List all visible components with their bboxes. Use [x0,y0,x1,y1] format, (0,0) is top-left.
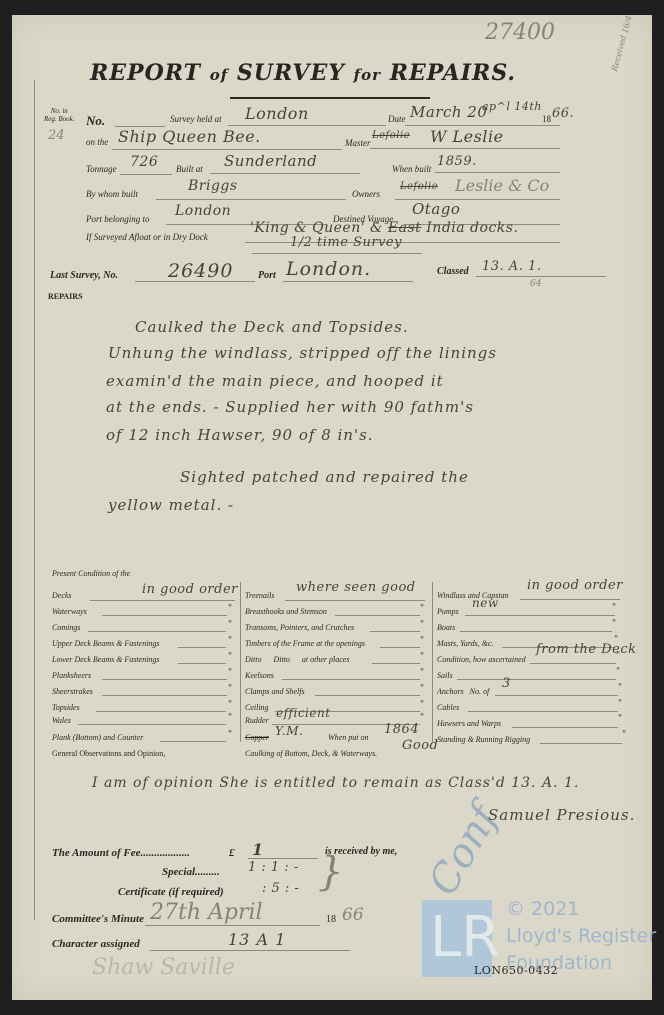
caulking-value: Good [402,738,438,753]
caulking-label: Caulking of Bottom, Deck, & Waterways. [245,749,377,758]
cond-cables-value: " [618,699,622,709]
repairs-line-7: yellow metal. - [108,496,234,514]
cond-copper-label: Copper [245,733,269,742]
cond-lower-deck-line [178,663,226,664]
cond-rudder-value: efficient [276,706,331,720]
no-label: No. [86,113,105,129]
cond-upper-deck-line [178,647,226,648]
fee-currency: £ [229,847,235,859]
col-divider-1 [240,582,241,742]
cond-decks-line [90,600,235,601]
builder-value: Briggs [188,178,238,194]
owners-struck: Lefolie [400,181,438,192]
special-dots: ......... [195,866,220,878]
cond-timbers-other-label: Ditto Ditto at other places [245,655,349,664]
character-line [150,950,350,951]
surveyor-signature: Samuel Presious. [488,806,635,824]
classed-value: 13. A. 1. [482,259,541,274]
cond-boats-line [460,631,612,632]
committee-year: 66 [342,905,364,925]
cond-copper-when-value: 1864 [384,722,419,737]
cond-upper-deck-value: " [228,636,232,646]
cond-anchors-end: " [618,683,622,693]
survey-held-value: London [245,104,309,123]
cond-waterways-label: Waterways [52,607,87,616]
last-survey-value: 26490 [168,260,233,282]
cond-ascertained-label: Condition, how ascertained [437,655,526,664]
cond-transoms-line [370,631,420,632]
repairs-line-1: Caulked the Deck and Topsides. [135,318,409,336]
cond-copper-when-label: When put on [328,733,368,742]
cond-copper-value: Y.M. [275,724,303,738]
cond-wales-label: Wales [52,716,71,725]
cond-keelsons-value: " [420,668,424,678]
builder-label: By whom built [86,189,138,199]
cond-lower-deck-label: Lower Deck Beams & Fastenings [52,655,160,664]
cond-breasthooks-value: " [420,604,424,614]
master-label: Master [345,138,371,148]
cond-timbers-openings-value: " [420,636,424,646]
fee-brace: } [318,852,343,892]
cond-clamps-value: " [420,684,424,694]
cond-ceiling-value: " [420,700,424,710]
last-survey-line [135,281,255,282]
classed-label: Classed [437,266,469,277]
date-label: Date [388,114,406,124]
watermark-org-line-1: Lloyd's Register [506,925,656,947]
cond-clamps-label: Clamps and Shelfs [245,687,305,696]
last-survey-label: Last Survey, No. [50,270,118,281]
repairs-line-4: at the ends. - Supplied her with 90 fath… [106,398,474,416]
port-label: Port belonging to [86,214,150,224]
fee-dots: .................. [141,847,191,859]
owners-value: Leslie & Co [455,176,549,195]
tonnage-value: 726 [130,154,158,170]
cond-comings-label: Comings [52,623,80,632]
master-struck: Lefolie [372,130,410,141]
ship-line [112,149,342,150]
cond-topsides-label: Topsides [52,703,80,712]
repairs-line-6: Sighted patched and repaired the [180,468,469,486]
last-port-label: Port [258,270,276,281]
lr-logo-icon: LR [430,906,500,970]
committee-year-prefix: 18 [326,914,336,925]
cond-treenails-label: Treenails [245,591,274,600]
tonnage-label: Tonnage [86,164,117,174]
cond-ascertained-value: from the Deck [536,642,637,657]
cond-boats-label: Boats [437,623,455,632]
certificate-value: : 5 : - [262,881,299,896]
cond-windlass-value: in good order [527,578,623,593]
cond-ceiling-label: Ceiling [245,703,269,712]
cond-rigging-label: Standing & Running Rigging [437,735,530,744]
cond-keelsons-line [282,679,420,680]
dock-label: If Surveyed Afloat or in Dry Dock [86,232,208,242]
fee-line [248,858,318,859]
cond-keelsons-label: Keelsons [245,671,274,680]
cond-cables-line [468,711,618,712]
cond-lower-deck-value: " [228,652,232,662]
cond-rigging-value: " [622,730,626,740]
cond-transoms-value: " [420,620,424,630]
cond-decks-label: Decks [52,591,72,600]
cond-hawsers-value: " [618,714,622,724]
committee-label: Committee's Minute [52,913,144,925]
cond-timbers-other-line [372,663,420,664]
cond-waterways-value: " [228,604,232,614]
cond-sails-value: " [616,667,620,677]
cond-sheerstrakes-line [102,695,227,696]
certificate-label: Certificate (if required) [118,886,224,898]
cond-sails-label: Sails [437,671,453,680]
cond-wales-value: " [228,713,232,723]
built-at-value: Sunderland [224,152,317,170]
opinion-text: I am of opinion She is entitled to remai… [92,775,579,791]
repairs-line-2: Unhung the windlass, stripped off the li… [108,344,497,362]
cond-treenails-value: where seen good [296,580,416,595]
cond-hawsers-label: Hawsers and Warps [437,719,501,728]
voyage-value: Otago [412,200,460,218]
committee-line [145,925,320,926]
cond-hawsers-line [512,727,618,728]
cond-sheerstrakes-label: Sheerstrakes [52,687,93,696]
cond-rigging-line [540,743,622,744]
cond-decks-value: in good order [142,582,238,597]
cond-sails-line [457,679,616,680]
cond-breasthooks-line [335,615,420,616]
fee-label: The Amount of Fee.................. [52,847,190,859]
cond-anchors-line [495,695,618,696]
special-label: Special......... [162,866,220,878]
cond-timbers-other-value: " [420,652,424,662]
repairs-line-3: examin'd the main piece, and hooped it [106,372,444,390]
repairs-line-5: of 12 inch Hawser, 90 of 8 in's. [106,426,374,444]
cond-breasthooks-label: Breasthooks and Stemson [245,607,327,616]
half-time-survey: 1/2 time Survey [290,235,402,250]
cond-topsides-line [96,711,226,712]
reg-book-label: No. in Reg. Book. [44,107,75,123]
page-title: REPORT of SURVEY for REPAIRS. [90,60,516,86]
cond-planksheers-line [102,679,227,680]
left-margin-rule [34,80,35,920]
cond-transoms-label: Transoms, Pointers, and Crutches [245,623,354,632]
cond-cables-label: Cables [437,703,459,712]
repairs-label: REPAIRS [48,292,83,301]
character-label: Character assigned [52,938,140,950]
classed-line [476,276,606,277]
survey-held-label: Survey held at [170,114,221,124]
cond-rudder-end: " [420,713,424,723]
cond-pumps-line [465,615,615,616]
watermark-copyright: © 2021 [506,898,579,920]
cond-comings-value: " [228,620,232,630]
character-value: 13 A 1 [228,930,286,949]
cond-anchors-value: 3 [502,676,511,691]
cond-pumps-end: " [612,603,616,613]
classed-sub: 64 [530,279,541,289]
builder-line [156,199,346,200]
last-port-line [283,281,413,282]
dock-value: 'King & Queen' & East India docks. [250,220,518,236]
cond-comings-line [88,631,226,632]
when-built-value: 1859. [437,154,477,169]
cond-plank-label: Plank (Bottom) and Counter [52,733,143,742]
committee-value: 27th April [150,900,263,925]
date-year-value: 66. [552,106,574,121]
built-at-label: Built at [176,164,203,174]
tonnage-line [120,174,172,175]
catalog-number: LON650-0432 [474,964,558,977]
when-built-line [435,172,560,173]
owners-label: Owners [352,189,380,199]
half-time-line [252,253,422,254]
cond-boats-value: " [612,619,616,629]
survey-held-line [228,125,386,126]
date-year-prefix: 18 [542,114,551,124]
master-value: W Leslie [430,127,504,146]
last-port-value: London. [286,258,371,280]
date-april: ap^l 14th [482,100,542,113]
cond-timbers-openings-line [380,647,420,648]
date-value: March 20 [410,103,487,121]
cond-ascertained-end: " [616,651,620,661]
port-value: London [175,203,231,219]
cond-pumps-label: Pumps [437,607,459,616]
special-value: 1 : 1 : - [248,860,299,875]
pencil-signature: Shaw Saville [92,955,235,980]
cond-anchors-label: Anchors No. of [437,687,489,696]
cond-plank-value: " [228,730,232,740]
cond-treenails-line [285,600,425,601]
cond-waterways-line [102,615,227,616]
cond-pumps-value: new [472,596,499,610]
cond-planksheers-label: Planksheers [52,671,91,680]
condition-header: Present Condition of the [52,569,130,578]
cond-plank-line [160,741,226,742]
cond-masts-label: Masts, Yards, &c. [437,639,494,648]
cond-timbers-openings-label: Timbers of the Frame at the openings [245,639,365,648]
ship-value: Ship Queen Bee. [118,127,261,146]
fee-value: 1 [252,840,264,859]
top-reference-number: 27400 [485,20,555,45]
built-at-line [210,173,360,174]
cond-rudder-label: Rudder [245,716,269,725]
date-line [405,125,560,126]
when-built-label: When built [392,164,431,174]
cond-ascertained-line [530,663,616,664]
cond-windlass-line [520,599,620,600]
cond-upper-deck-label: Upper Deck Beams & Fastenings [52,639,160,648]
ship-label: on the [86,137,108,147]
title-underline [230,97,430,99]
general-observations-label: General Observations and Opinion, [52,749,165,758]
reg-book-value: 24 [48,128,65,143]
cond-planksheers-value: " [228,668,232,678]
master-line [370,148,560,149]
cond-sheerstrakes-value: " [228,684,232,694]
cond-topsides-value: " [228,700,232,710]
cond-wales-line [78,724,226,725]
col-divider-2 [432,582,433,742]
cond-clamps-line [315,695,420,696]
